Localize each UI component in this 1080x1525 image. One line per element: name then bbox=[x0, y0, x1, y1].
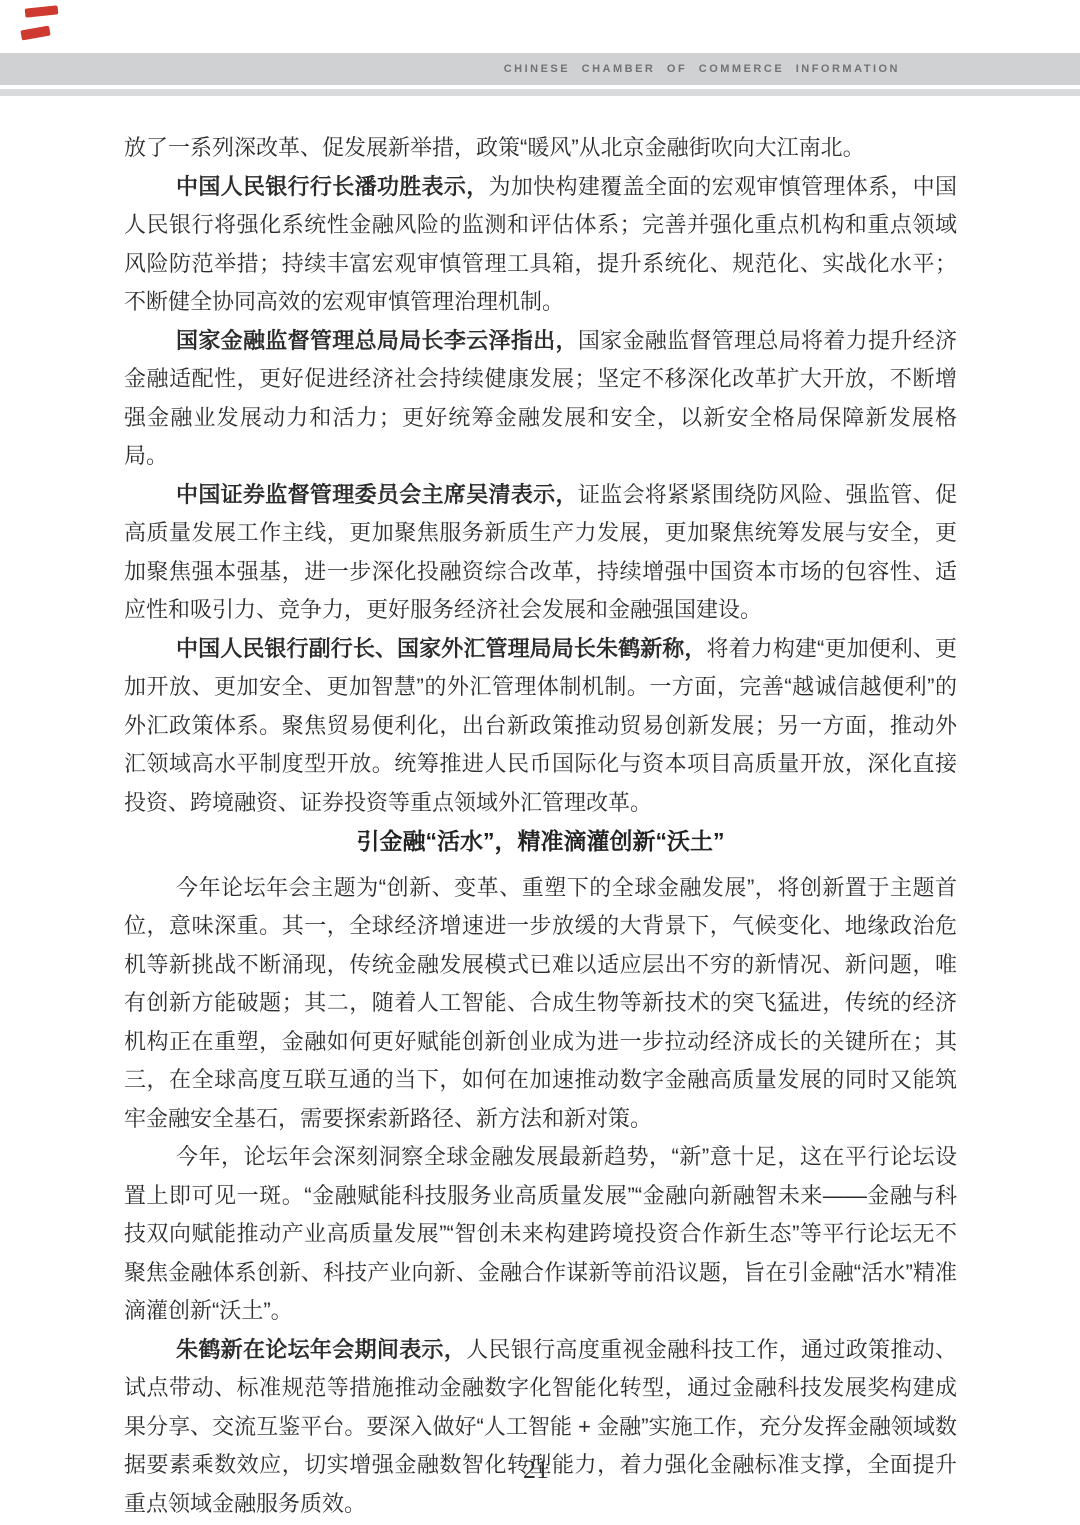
document-page: CHINESE CHAMBER OF COMMERCE INFORMATION … bbox=[0, 0, 1080, 1525]
paragraph-text: 今年论坛年会主题为“创新、变革、重塑下的全球金融发展”，将创新置于主题首位，意味… bbox=[124, 875, 957, 1131]
body-paragraph: 今年，论坛年会深刻洞察全球金融发展最新趋势，“新”意十足，这在平行论坛设置上即可… bbox=[124, 1138, 957, 1331]
paragraph-text: 将着力构建“更加便利、更加开放、更加安全、更加智慧”的外汇管理体制机制。一方面，… bbox=[124, 636, 957, 815]
red-corner-mark bbox=[20, 26, 50, 41]
paragraph-lead: 中国人民银行行长潘功胜表示， bbox=[176, 174, 489, 199]
paragraph-text: 今年，论坛年会深刻洞察全球金融发展最新趋势，“新”意十足，这在平行论坛设置上即可… bbox=[124, 1144, 957, 1323]
body-paragraph: 朱鹤新在论坛年会期间表示，人民银行高度重视金融科技工作，通过政策推动、试点带动、… bbox=[124, 1331, 957, 1524]
paragraph-lead: 朱鹤新在论坛年会期间表示， bbox=[176, 1337, 466, 1362]
body-paragraph: 今年论坛年会主题为“创新、变革、重塑下的全球金融发展”，将创新置于主题首位，意味… bbox=[124, 869, 957, 1139]
page-number: 21 bbox=[0, 1455, 1072, 1485]
body-paragraph: 中国人民银行行长潘功胜表示，为加快构建覆盖全面的宏观审慎管理体系，中国人民银行将… bbox=[124, 168, 957, 322]
body-paragraph: 国家金融监督管理总局局长李云泽指出，国家金融监督管理总局将着力提升经济金融适配性… bbox=[124, 322, 957, 476]
header-banner: CHINESE CHAMBER OF COMMERCE INFORMATION bbox=[0, 53, 1080, 85]
body-paragraph: 中国人民银行副行长、国家外汇管理局局长朱鹤新称，将着力构建“更加便利、更加开放、… bbox=[124, 630, 957, 823]
paragraph-text: 人民银行高度重视金融科技工作，通过政策推动、试点带动、标准规范等措施推动金融数字… bbox=[124, 1337, 957, 1516]
paragraph-lead: 国家金融监督管理总局局长李云泽指出， bbox=[176, 328, 578, 353]
article-body: 放了一系列深改革、促发展新举措，政策“暖风”从北京金融街吹向大江南北。 中国人民… bbox=[124, 129, 957, 1523]
body-paragraph: 放了一系列深改革、促发展新举措，政策“暖风”从北京金融街吹向大江南北。 bbox=[124, 129, 957, 168]
body-paragraph: 中国证券监督管理委员会主席吴清表示，证监会将紧紧围绕防风险、强监管、促高质量发展… bbox=[124, 476, 957, 630]
header-divider-bar bbox=[0, 89, 1080, 96]
paragraph-text: 放了一系列深改革、促发展新举措，政策“暖风”从北京金融街吹向大江南北。 bbox=[124, 135, 865, 160]
paragraph-lead: 中国证券监督管理委员会主席吴清表示， bbox=[176, 482, 578, 507]
paragraph-lead: 中国人民银行副行长、国家外汇管理局局长朱鹤新称， bbox=[176, 636, 707, 661]
section-heading: 引金融“活水”，精准滴灌创新“沃土” bbox=[124, 822, 957, 861]
banner-title: CHINESE CHAMBER OF COMMERCE INFORMATION bbox=[504, 53, 900, 85]
red-corner-mark bbox=[25, 5, 59, 17]
